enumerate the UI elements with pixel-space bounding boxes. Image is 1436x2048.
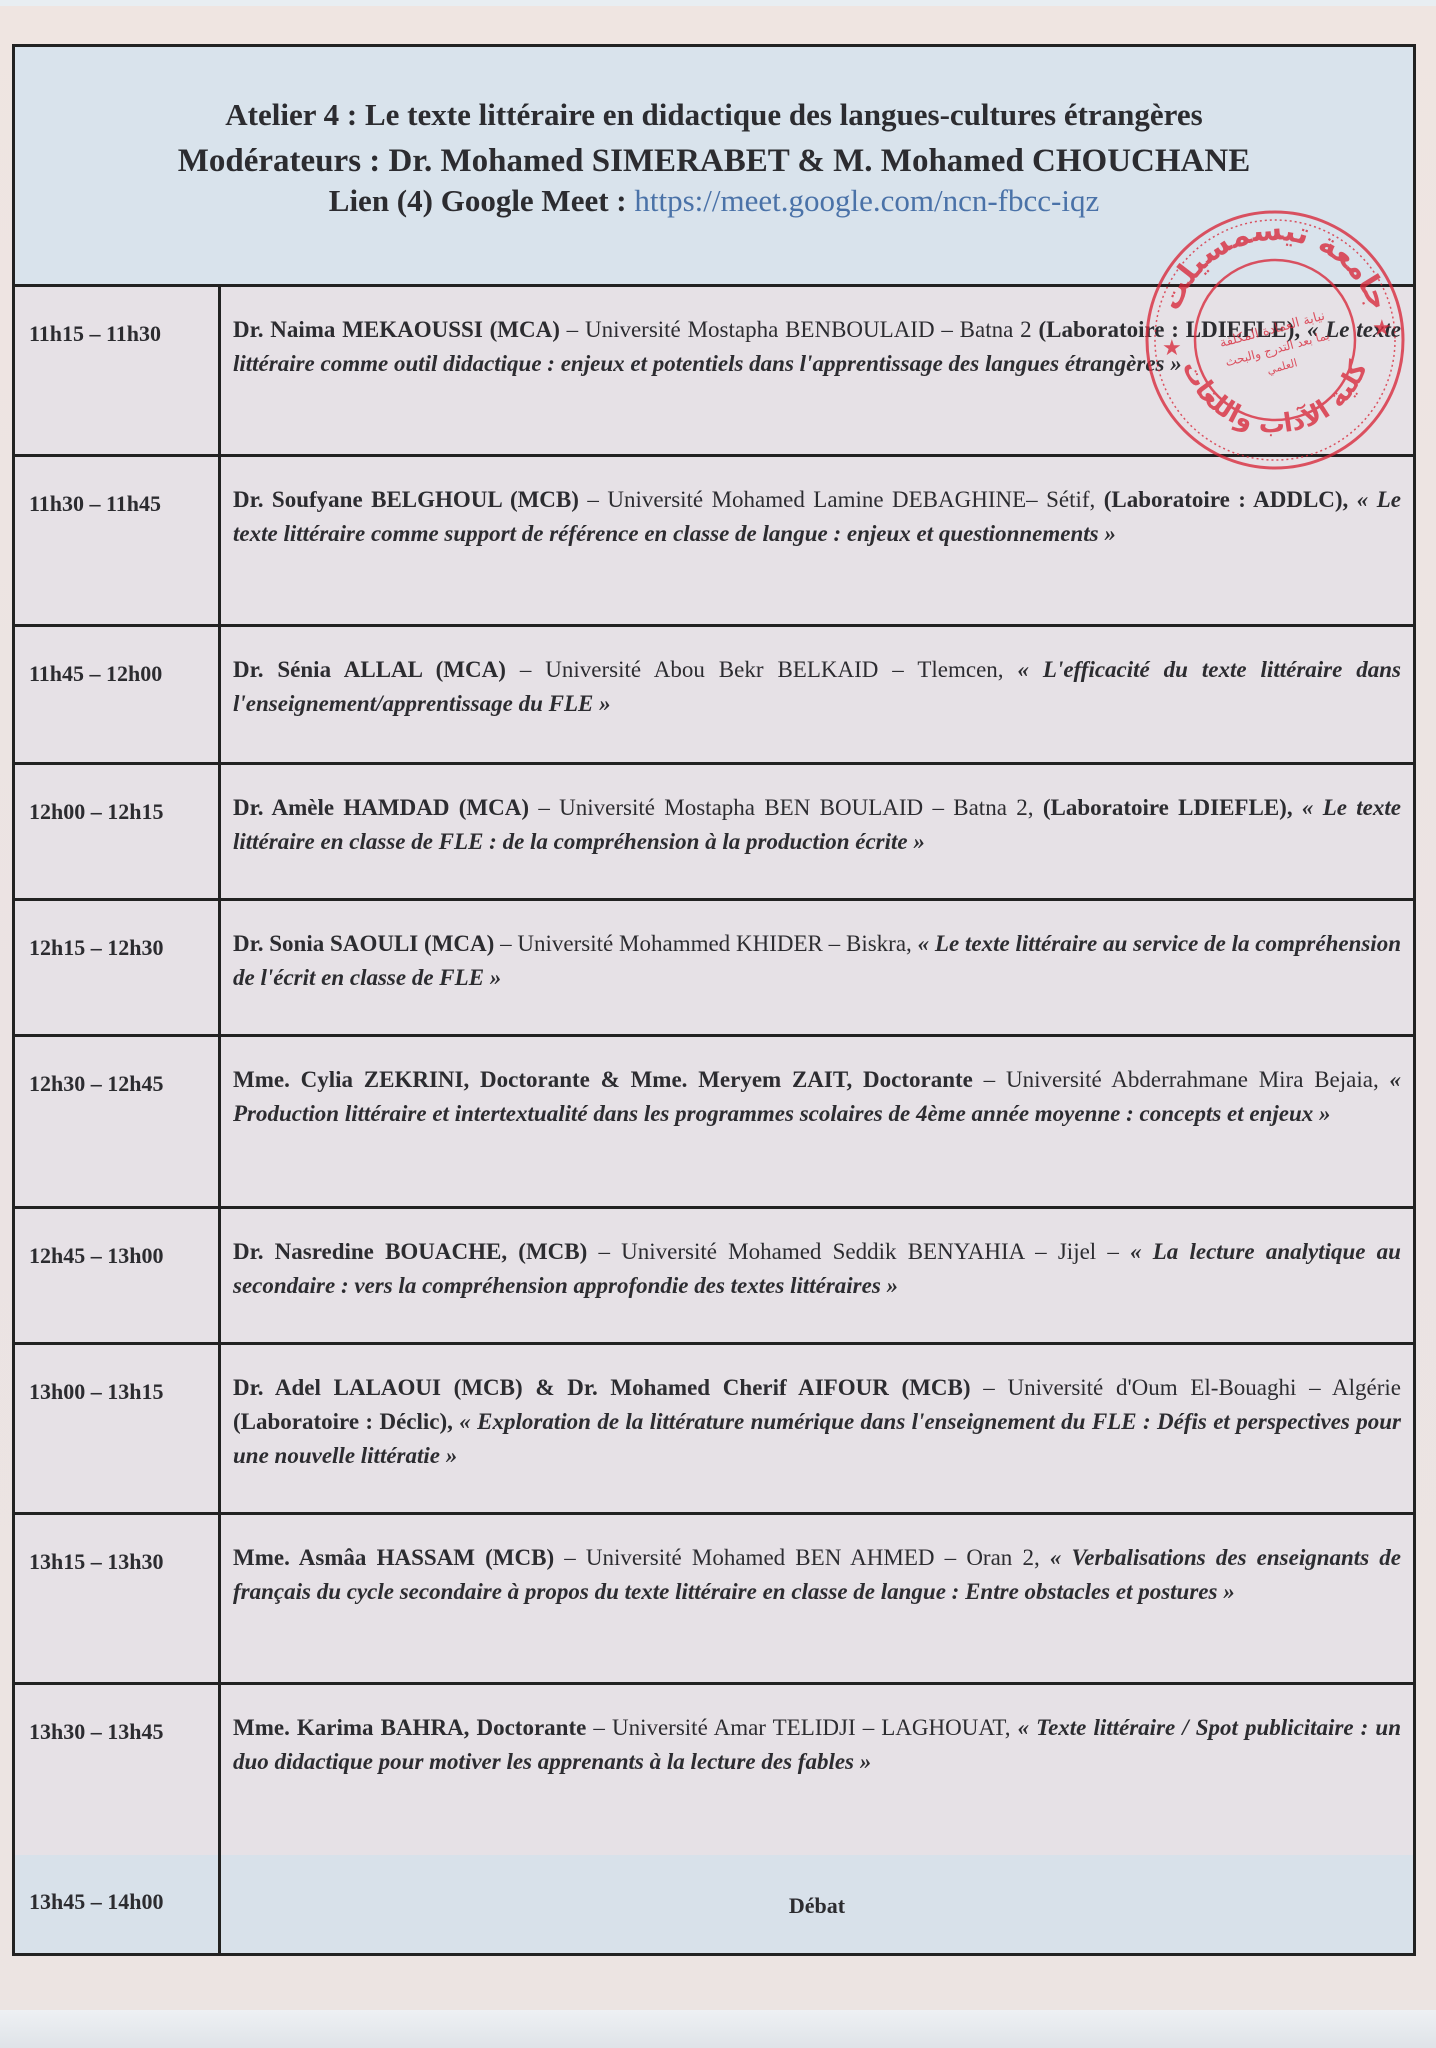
speaker-name: Dr. Amèle HAMDAD (MCA) (233, 795, 529, 820)
page-edge-bottom (0, 2010, 1436, 2048)
laboratory: (Laboratoire LDIEFLE), (1043, 795, 1302, 820)
workshop-title: Atelier 4 : Le texte littéraire en didac… (15, 95, 1413, 135)
session-description: Dr. Sonia SAOULI (MCA) – Université Moha… (221, 901, 1413, 1034)
page-edge (0, 0, 1436, 6)
meet-link-label: Lien (4) Google Meet : (329, 183, 635, 218)
session-description: Dr. Sénia ALLAL (MCA) – Université Abou … (221, 627, 1413, 762)
session-description: Mme. Asmâa HASSAM (MCB) – Université Moh… (221, 1515, 1413, 1682)
session-time: 11h45 – 12h00 (15, 627, 221, 762)
debate-label: Débat (221, 1855, 1413, 1953)
speaker-name: Dr. Naima MEKAOUSSI (MCA) (233, 317, 560, 342)
session-row: 13h30 – 13h45Mme. Karima BAHRA, Doctoran… (15, 1685, 1413, 1855)
session-time: 12h15 – 12h30 (15, 901, 221, 1034)
meet-link[interactable]: https://meet.google.com/ncn-fbcc-iqz (634, 183, 1099, 218)
speaker-affiliation: – Université Mostapha BENBOULAID – Batna… (560, 317, 1039, 342)
workshop-header: Atelier 4 : Le texte littéraire en didac… (15, 47, 1413, 287)
session-row: 12h45 – 13h00Dr. Nasredine BOUACHE, (MCB… (15, 1209, 1413, 1345)
speaker-name: Dr. Sénia ALLAL (MCA) (233, 657, 506, 682)
session-list: 11h15 – 11h30Dr. Naima MEKAOUSSI (MCA) –… (15, 287, 1413, 1855)
speaker-affiliation: – Université Abderrahmane Mira Bejaia, (973, 1067, 1390, 1092)
speaker-name: Dr. Adel LALAOUI (MCB) & Dr. Mohamed Che… (233, 1375, 971, 1400)
session-time: 12h30 – 12h45 (15, 1037, 221, 1206)
speaker-affiliation: – Université Abou Bekr BELKAID – Tlemcen… (506, 657, 1018, 682)
session-row: 12h00 – 12h15Dr. Amèle HAMDAD (MCA) – Un… (15, 765, 1413, 901)
session-row: 11h45 – 12h00Dr. Sénia ALLAL (MCA) – Uni… (15, 627, 1413, 765)
session-description: Dr. Adel LALAOUI (MCB) & Dr. Mohamed Che… (221, 1345, 1413, 1512)
speaker-affiliation: – Université Mohamed BEN AHMED – Oran 2, (554, 1545, 1050, 1570)
session-description: Mme. Cylia ZEKRINI, Doctorante & Mme. Me… (221, 1037, 1413, 1206)
speaker-affiliation: – Université Mostapha BEN BOULAID – Batn… (529, 795, 1043, 820)
speaker-affiliation: – Université Mohamed Lamine DEBAGHINE– S… (579, 487, 1104, 512)
meet-link-line: Lien (4) Google Meet : https://meet.goog… (15, 181, 1413, 221)
session-time: 13h00 – 13h15 (15, 1345, 221, 1512)
session-row: 12h30 – 12h45Mme. Cylia ZEKRINI, Doctora… (15, 1037, 1413, 1209)
session-time: 11h15 – 11h30 (15, 287, 221, 454)
speaker-name: Mme. Asmâa HASSAM (MCB) (233, 1545, 554, 1570)
session-row: 13h15 – 13h30Mme. Asmâa HASSAM (MCB) – U… (15, 1515, 1413, 1685)
session-description: Mme. Karima BAHRA, Doctorante – Universi… (221, 1685, 1413, 1855)
workshop-programme-table: Atelier 4 : Le texte littéraire en didac… (12, 44, 1416, 1956)
session-time: 11h30 – 11h45 (15, 457, 221, 624)
session-row: 12h15 – 12h30Dr. Sonia SAOULI (MCA) – Un… (15, 901, 1413, 1037)
session-time: 13h30 – 13h45 (15, 1685, 221, 1855)
session-description: Dr. Nasredine BOUACHE, (MCB) – Universit… (221, 1209, 1413, 1342)
speaker-affiliation: – Université Mohammed KHIDER – Biskra, (494, 931, 917, 956)
speaker-name: Mme. Karima BAHRA, Doctorante (233, 1715, 586, 1740)
speaker-name: Dr. Nasredine BOUACHE, (MCB) (233, 1239, 587, 1264)
session-description: Dr. Naima MEKAOUSSI (MCA) – Université M… (221, 287, 1413, 454)
moderators: Modérateurs : Dr. Mohamed SIMERABET & M.… (15, 141, 1413, 181)
session-time: 13h15 – 13h30 (15, 1515, 221, 1682)
session-description: Dr. Soufyane BELGHOUL (MCB) – Université… (221, 457, 1413, 624)
laboratory: (Laboratoire : Déclic), (233, 1409, 459, 1434)
debate-row: 13h45 – 14h00 Débat (15, 1855, 1413, 1953)
session-row: 11h15 – 11h30Dr. Naima MEKAOUSSI (MCA) –… (15, 287, 1413, 457)
session-row: 13h00 – 13h15Dr. Adel LALAOUI (MCB) & Dr… (15, 1345, 1413, 1515)
laboratory: (Laboratoire : LDIEFLE), (1038, 317, 1307, 342)
session-time: 12h00 – 12h15 (15, 765, 221, 898)
laboratory: (Laboratoire : ADDLC), (1104, 487, 1357, 512)
speaker-name: Mme. Cylia ZEKRINI, Doctorante & Mme. Me… (233, 1067, 973, 1092)
page-background: Atelier 4 : Le texte littéraire en didac… (0, 0, 1436, 2048)
speaker-affiliation: – Université Amar TELIDJI – LAGHOUAT, (586, 1715, 1017, 1740)
session-time: 13h45 – 14h00 (15, 1855, 221, 1953)
speaker-name: Dr. Sonia SAOULI (MCA) (233, 931, 494, 956)
speaker-affiliation: – Université Mohamed Seddik BENYAHIA – J… (587, 1239, 1130, 1264)
session-description: Dr. Amèle HAMDAD (MCA) – Université Most… (221, 765, 1413, 898)
session-row: 11h30 – 11h45Dr. Soufyane BELGHOUL (MCB)… (15, 457, 1413, 627)
session-time: 12h45 – 13h00 (15, 1209, 221, 1342)
speaker-affiliation: – Université d'Oum El-Bouaghi – Algérie (971, 1375, 1401, 1400)
speaker-name: Dr. Soufyane BELGHOUL (MCB) (233, 487, 579, 512)
